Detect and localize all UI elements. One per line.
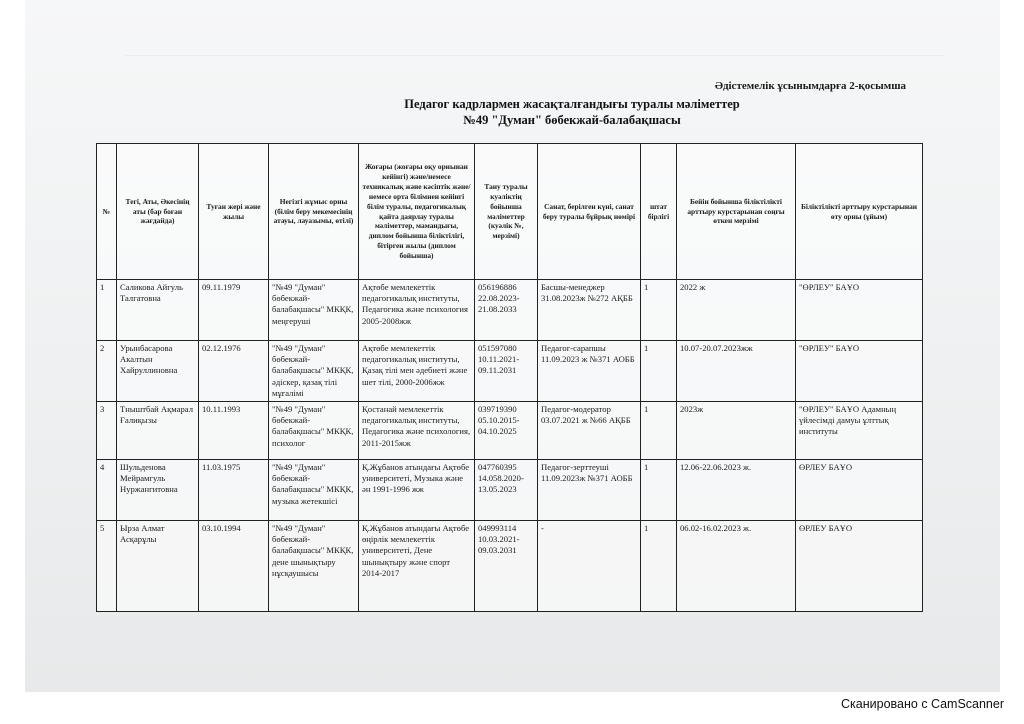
cell-last-course: 2022 ж: [677, 280, 796, 341]
cell-last-course: 12.06-22.06.2023 ж.: [677, 460, 796, 521]
cell-category: Педагог-сарапшы 11.09.2023 ж №371 АОББ: [538, 341, 641, 402]
cell-workplace: "№49 "Думан" бөбекжай-балабақшасы" МКҚК,…: [269, 402, 359, 460]
cell-course-org: ӨРЛЕУ БАҰО: [796, 521, 923, 612]
table-row: 4 Шульденова Мейрамгуль Нуржангитовна 11…: [97, 460, 923, 521]
cell-certificate: 049993114 10.03.2021-09.03.2031: [475, 521, 538, 612]
cell-staff-unit: 1: [641, 402, 677, 460]
cell-workplace: "№49 "Думан" бөбекжай-балабақшасы" МКҚК,…: [269, 521, 359, 612]
cell-last-course: 2023ж: [677, 402, 796, 460]
cell-education: Қ.Жұбанов атындағы Ақтөбе өңірлік мемлек…: [359, 521, 475, 612]
cell-birth: 03.10.1994: [199, 521, 269, 612]
cell-category: Басшы-менеджер 31.08.2023ж №272 АҚББ: [538, 280, 641, 341]
header-staff-unit: штат бірлігі: [641, 144, 677, 280]
cell-course-org: "ӨРЛЕУ" БАҰО Адамның үйлесімді дамуы ұлт…: [796, 402, 923, 460]
header-education: Жоғары (жоғары оқу орнынан кейінгі) және…: [359, 144, 475, 280]
cell-category: Педагог-модератор 03.07.2021 ж №66 АҚББ: [538, 402, 641, 460]
cell-name: Шульденова Мейрамгуль Нуржангитовна: [117, 460, 199, 521]
cell-staff-unit: 1: [641, 341, 677, 402]
cell-category: Педагог-зерттеуші 11.09.2023ж №371 АОББ: [538, 460, 641, 521]
camscanner-watermark: Сканировано с CamScanner: [841, 697, 1004, 711]
cell-course-org: ӨРЛЕУ БАҰО: [796, 460, 923, 521]
cell-number: 1: [97, 280, 117, 341]
document-title: Педагог кадрлармен жасақталғандығы турал…: [0, 97, 1024, 112]
cell-number: 2: [97, 341, 117, 402]
header-name: Тегі, Аты, Әкесінің аты (бар боған жағда…: [117, 144, 199, 280]
cell-certificate: 047760395 14.058.2020-13.05.2023: [475, 460, 538, 521]
header-workplace: Негізгі жұмыс орны (білім беру мекемесін…: [269, 144, 359, 280]
header-course-org: Біліктілікті арттыру курстарынан өту орн…: [796, 144, 923, 280]
cell-last-course: 06.02-16.02.2023 ж.: [677, 521, 796, 612]
document-subtitle: №49 "Думан" бөбекжай-балабақшасы: [0, 113, 1024, 128]
cell-course-org: "ӨРЛЕУ" БАҰО: [796, 341, 923, 402]
header-last-course: Бейін бойынша біліктілікті арттыру курст…: [677, 144, 796, 280]
cell-certificate: 051597080 10.11.2021-09.11.2031: [475, 341, 538, 402]
cell-name: Тныштбай Ақмарал Ғалиқызы: [117, 402, 199, 460]
cell-education: Қостанай мемлекеттік педагогикалық инсти…: [359, 402, 475, 460]
header-number: №: [97, 144, 117, 280]
cell-birth: 02.12.1976: [199, 341, 269, 402]
cell-last-course: 10.07-20.07.2023жж: [677, 341, 796, 402]
header-certificate: Тану туралы куәліктің бойынша мәліметтер…: [475, 144, 538, 280]
table-row: 1 Саликова Айгуль Талгатовна 09.11.1979 …: [97, 280, 923, 341]
cell-number: 4: [97, 460, 117, 521]
staff-table: № Тегі, Аты, Әкесінің аты (бар боған жағ…: [96, 143, 923, 612]
cell-workplace: "№49 "Думан" бөбекжай-балабақшасы" МКҚК,…: [269, 460, 359, 521]
table-row: 5 Ырза Алмат Асқарұлы 03.10.1994 "№49 "Д…: [97, 521, 923, 612]
cell-workplace: "№49 "Думан" бөбекжай-балабақшасы" МКҚК,…: [269, 280, 359, 341]
cell-name: Саликова Айгуль Талгатовна: [117, 280, 199, 341]
header-category: Санат, берілген күні, санат беру туралы …: [538, 144, 641, 280]
cell-certificate: 039719390 05.10.2015-04.10.2025: [475, 402, 538, 460]
cell-education: Ақтөбе мемлекеттік педагогикалық институ…: [359, 280, 475, 341]
cell-education: Ақтөбе мемлекеттік педагогикалық институ…: [359, 341, 475, 402]
cell-staff-unit: 1: [641, 460, 677, 521]
cell-number: 5: [97, 521, 117, 612]
cell-staff-unit: 1: [641, 280, 677, 341]
header-birth: Туған жері және жылы: [199, 144, 269, 280]
cell-number: 3: [97, 402, 117, 460]
table-row: 3 Тныштбай Ақмарал Ғалиқызы 10.11.1993 "…: [97, 402, 923, 460]
cell-name: Ырза Алмат Асқарұлы: [117, 521, 199, 612]
cell-category: -: [538, 521, 641, 612]
cell-staff-unit: 1: [641, 521, 677, 612]
cell-education: Қ.Жұбанов атындағы Ақтөбе университеті, …: [359, 460, 475, 521]
cell-birth: 10.11.1993: [199, 402, 269, 460]
annex-label: Әдістемелік ұсынымдарға 2-қосымша: [715, 80, 906, 92]
header-row: № Тегі, Аты, Әкесінің аты (бар боған жағ…: [97, 144, 923, 280]
cell-birth: 09.11.1979: [199, 280, 269, 341]
cell-name: Урынбасарова Акалтын Хайруллиновна: [117, 341, 199, 402]
cell-workplace: "№49 "Думан" бөбекжай-балабақшасы" МКҚК,…: [269, 341, 359, 402]
cell-birth: 11.03.1975: [199, 460, 269, 521]
table-row: 2 Урынбасарова Акалтын Хайруллиновна 02.…: [97, 341, 923, 402]
cell-certificate: 056196886 22.08.2023-21.08.2033: [475, 280, 538, 341]
cell-course-org: "ӨРЛЕУ" БАҰО: [796, 280, 923, 341]
